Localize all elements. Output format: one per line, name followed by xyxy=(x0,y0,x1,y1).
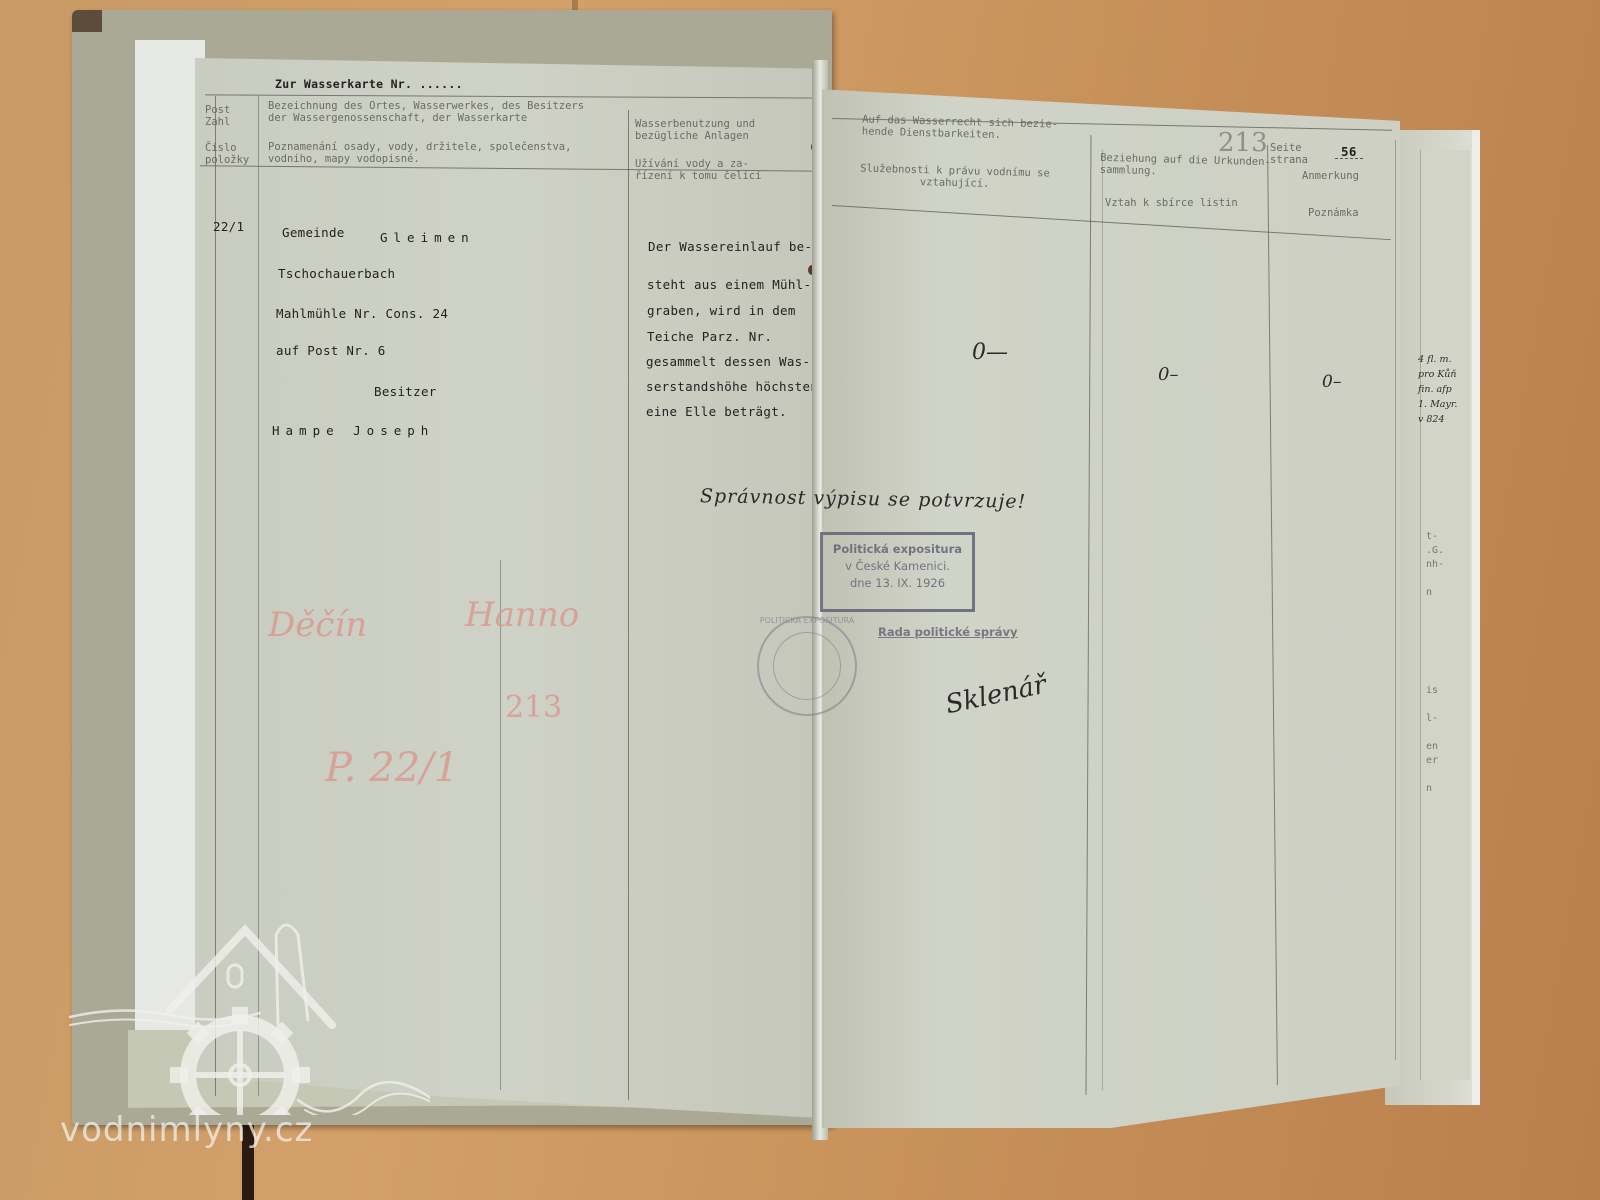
col6-header-de: Anmerkung xyxy=(1302,170,1359,182)
office-stamp: Politická expositura v České Kamenici. d… xyxy=(820,532,975,612)
sheet-edge-text: t- .G. nh- n is l- en er n xyxy=(1426,530,1444,796)
fold-line xyxy=(500,560,501,1090)
stamp-line-date: dne 13. IX. 1926 xyxy=(823,575,972,592)
pencil-register-number: 213 xyxy=(1218,128,1268,158)
worn-cover-corner xyxy=(72,10,102,32)
water-use-line: Der Wassereinlauf be- xyxy=(648,240,812,253)
col4-header-de: Auf das Wasserrecht sich bezie- hende Di… xyxy=(862,113,1059,142)
water-use-line: serstandshöhe höchstens xyxy=(646,380,826,393)
red-note-ref: P. 22/1 xyxy=(325,745,459,791)
water-use-line: eine Elle beträgt. xyxy=(646,405,787,418)
col5-header-cz: Vztah k sbírce listin xyxy=(1105,197,1238,209)
stamp-line-office: Politická expositura xyxy=(823,541,972,558)
stamp-line-place: v České Kamenici. xyxy=(823,558,972,575)
map-reference-title: Zur Wasserkarte Nr. ...... xyxy=(275,78,463,91)
water-mill-logo-icon xyxy=(60,895,430,1115)
entry-mill: Mahlmühle Nr. Cons. 24 xyxy=(276,307,448,320)
red-note-number: 213 xyxy=(505,690,562,725)
col2-header-cz: Poznamenání osady, vody, držitele, spole… xyxy=(268,141,571,165)
water-use-line: graben, wird in dem xyxy=(647,304,796,317)
col-divider-6 xyxy=(1395,140,1396,1060)
col1-header-de: Post Zahl xyxy=(205,104,230,128)
empty-cell-mark-col4: 0— xyxy=(972,340,1008,365)
red-note-name: Hanno xyxy=(465,595,579,635)
seal-text: POLITICKÁ EXPOSITURA xyxy=(759,616,855,625)
margin-handwritten-note: 4 fl. m. pro Kůň fin. afp 1. Mayr. v 824 xyxy=(1418,352,1457,427)
round-official-seal: POLITICKÁ EXPOSITURA xyxy=(757,616,857,716)
watermark-text: vodnimlyny.cz xyxy=(60,1110,313,1150)
entry-owner-label: Besitzer xyxy=(374,385,437,398)
water-use-line: steht aus einem Mühl- xyxy=(647,278,811,291)
stamp-title: Rada politické správy xyxy=(878,625,1018,639)
post-number: 22/1 xyxy=(213,220,244,233)
entry-community-label: Gemeinde xyxy=(282,226,345,239)
col4-header-cz: Služebnosti k právu vodnímu se vztahujíc… xyxy=(860,163,1050,192)
col1-header-cz: Číslo položky xyxy=(205,142,249,166)
entry-owner-name: Hampe Joseph xyxy=(272,424,434,437)
seal-emblem xyxy=(773,632,841,700)
page-number: 56 xyxy=(1335,145,1363,159)
empty-cell-mark-col6: 0– xyxy=(1322,372,1341,392)
entry-post-ref: auf Post Nr. 6 xyxy=(276,344,386,357)
col-divider-2 xyxy=(628,110,629,1100)
col3-header-cz: Užívání vody a za- řízení k tomu čelící xyxy=(635,158,761,182)
page-label: Seite strana xyxy=(1270,142,1308,166)
water-use-line: Teiche Parz. Nr. xyxy=(647,330,772,343)
red-note-place: Děčín xyxy=(268,605,367,645)
entry-stream: Tschochauerbach xyxy=(278,267,395,280)
col3-header-de: Wasserbenutzung und bezügliche Anlagen xyxy=(635,118,755,142)
empty-cell-mark-col5: 0– xyxy=(1158,364,1178,385)
fold-line-right xyxy=(1102,150,1103,1090)
col6-header-cz: Poznámka xyxy=(1308,207,1359,219)
entry-community-name: Gleimen xyxy=(380,231,475,244)
water-use-line: gesammelt dessen Was- xyxy=(646,355,810,368)
col2-header-de: Bezeichnung des Ortes, Wasserwerkes, des… xyxy=(268,100,584,124)
